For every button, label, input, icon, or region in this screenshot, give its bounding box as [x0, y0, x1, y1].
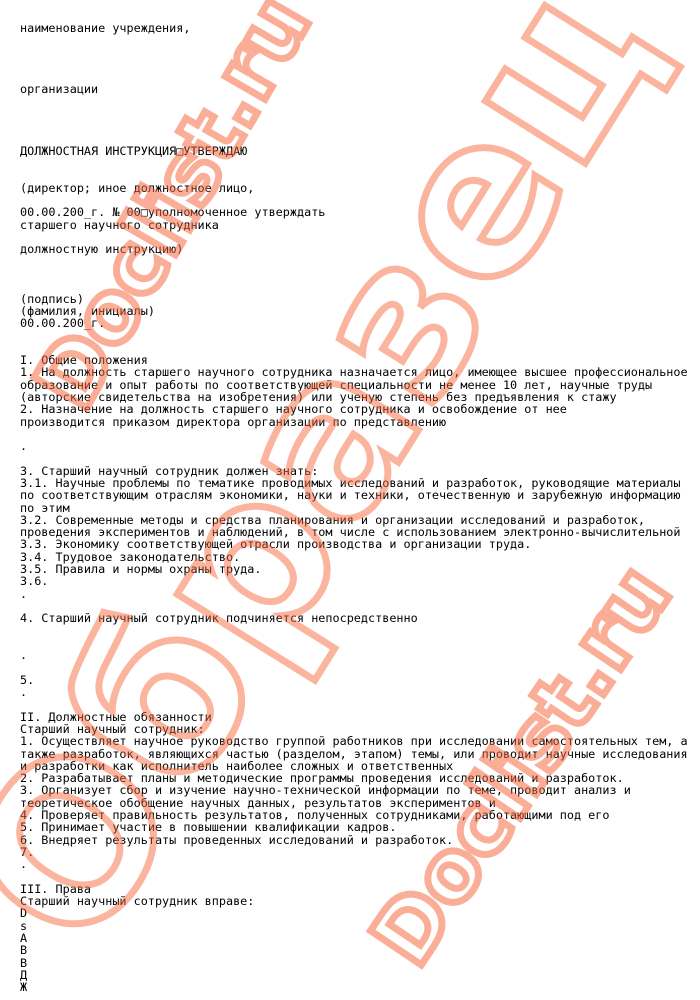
document-line: 5. [20, 674, 688, 686]
document-line [20, 170, 688, 182]
document-line: 2. Назначение на должность старшего науч… [20, 403, 688, 415]
document-line: 3. Организует сбор и изучение научно-тех… [20, 784, 688, 796]
document-line [20, 157, 688, 169]
document-line [20, 120, 688, 132]
document-line: . [20, 686, 688, 698]
document-line [20, 59, 688, 71]
document-line [20, 280, 688, 292]
document-line: по соответствующим отраслям экономики, н… [20, 489, 688, 501]
document-line: Ж [20, 981, 688, 993]
document-page: наименование учреждения,организацииДОЛЖН… [0, 0, 700, 1000]
document-line: В [20, 957, 688, 969]
document-line: 3.3. Экономику соответствующей отрасли п… [20, 538, 688, 550]
document-line: (директор; иное должностное лицо, [20, 182, 688, 194]
document-line: также разработок, являющихся частью (раз… [20, 748, 688, 760]
document-line: (подпись) [20, 293, 688, 305]
document-line: старшего научного сотрудника [20, 219, 688, 231]
document-line: 3.6. [20, 575, 688, 587]
document-line [20, 256, 688, 268]
document-line: ДОЛЖНОСТНАЯ ИНСТРУКЦИЯ□УТВЕРЖДАЮ [20, 145, 688, 157]
document-line: . [20, 649, 688, 661]
document-line [20, 625, 688, 637]
document-line [20, 698, 688, 710]
document-line: . [20, 588, 688, 600]
document-line: 1. Осуществляет научное руководство груп… [20, 735, 688, 747]
document-line [20, 71, 688, 83]
document-line: 7. [20, 846, 688, 858]
document-line [20, 661, 688, 673]
document-line: 00.00.200_г. № 00□уполномоченное утвержд… [20, 206, 688, 218]
document-line: . [20, 440, 688, 452]
document-line: (фамилия, инициалы) [20, 305, 688, 317]
document-line: организации [20, 83, 688, 95]
document-line: 5. Принимает участие в повышении квалифи… [20, 821, 688, 833]
document-line: s [20, 920, 688, 932]
document-line: В [20, 944, 688, 956]
document-line: . [20, 858, 688, 870]
document-line [20, 96, 688, 108]
document-line: Старший научный сотрудник вправе: [20, 895, 688, 907]
document-line [20, 637, 688, 649]
document-line [20, 47, 688, 59]
document-line: 3.5. Правила и нормы охраны труда. [20, 563, 688, 575]
document-line: Д [20, 969, 688, 981]
document-line: 00.00.200_г. [20, 317, 688, 329]
document-text: наименование учреждения,организацииДОЛЖН… [20, 22, 688, 993]
document-line [20, 452, 688, 464]
document-line: наименование учреждения, [20, 22, 688, 34]
document-line: производится приказом директора организа… [20, 416, 688, 428]
document-line: 1. На должность старшего научного сотруд… [20, 366, 688, 378]
document-line [20, 329, 688, 341]
document-line: А [20, 932, 688, 944]
document-line: D [20, 907, 688, 919]
document-line [20, 34, 688, 46]
document-line [20, 870, 688, 882]
document-line [20, 108, 688, 120]
document-line [20, 268, 688, 280]
document-line: 6. Внедряет результаты проведенных иссле… [20, 834, 688, 846]
document-line: 4. Старший научный сотрудник подчиняется… [20, 612, 688, 624]
document-line: должностную инструкцию) [20, 243, 688, 255]
document-line [20, 428, 688, 440]
